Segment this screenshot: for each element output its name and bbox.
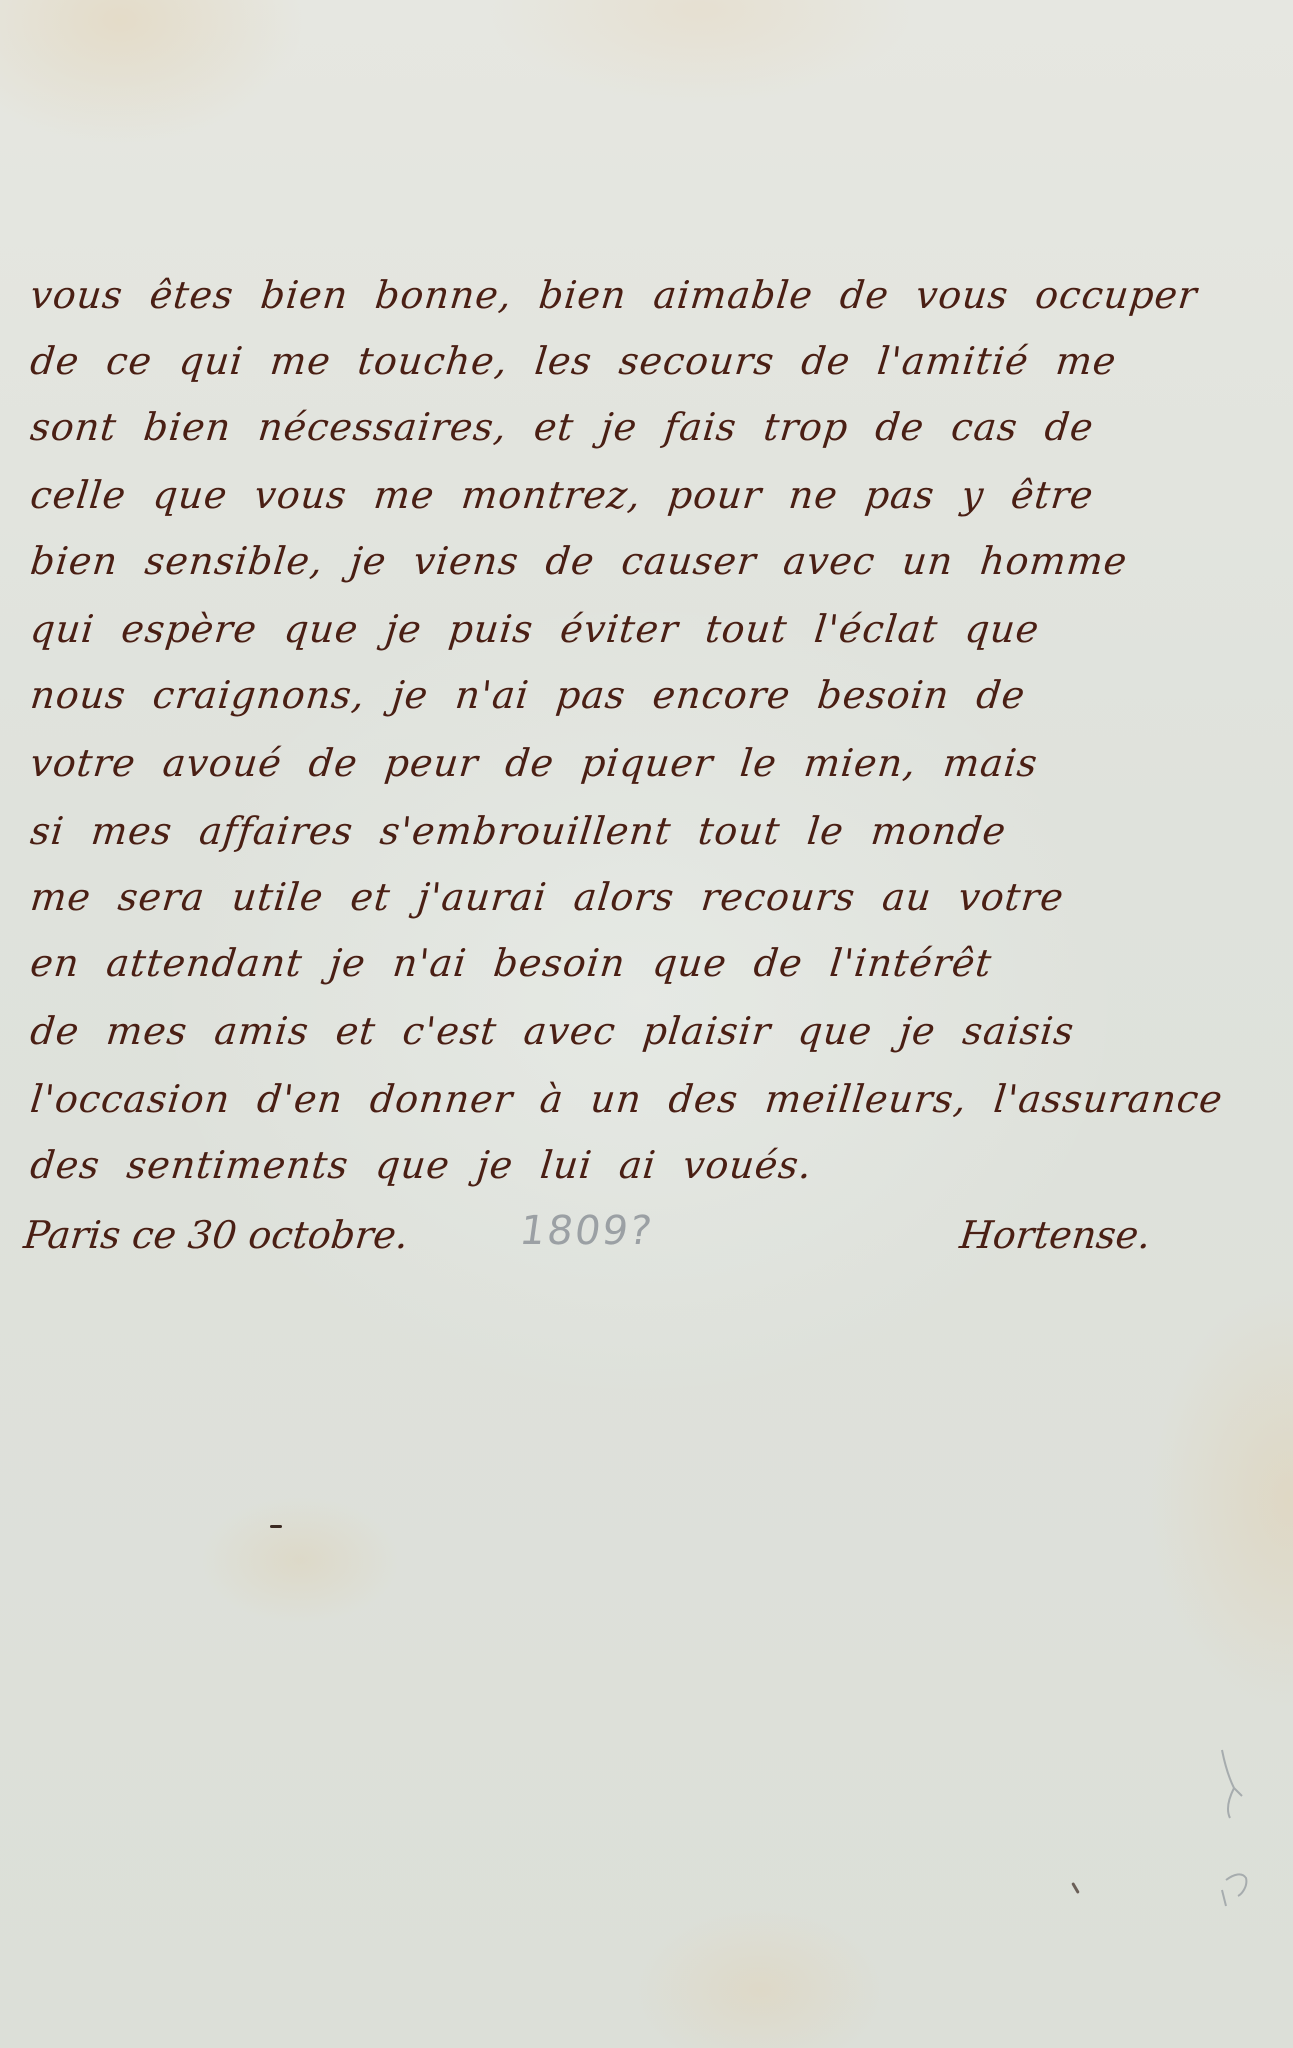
letter-line-2: de ce qui me touche, les secours de l'am… (28, 336, 1119, 386)
letter-line-5: bien sensible, je viens de causer avec u… (28, 536, 1130, 586)
letter-line-14: des sentiments que je lui ai voués. (28, 1140, 815, 1190)
letter-line-13: l'occasion d'en donner à un des meilleur… (28, 1074, 1225, 1124)
ink-speck (270, 1525, 282, 1528)
letter-line-12: de mes amis et c'est avec plaisir que je… (28, 1006, 1077, 1056)
letter-line-10: me sera utile et j'aurai alors recours a… (28, 872, 1067, 922)
letter-line-7: nous craignons, je n'ai pas encore besoi… (28, 670, 1028, 720)
letter-line-11: en attendant je n'ai besoin que de l'int… (28, 938, 994, 988)
letter-line-9: si mes affaires s'embrouillent tout le m… (28, 806, 1009, 856)
letter-line-4: celle que vous me montrez, pour ne pas y… (28, 470, 1096, 520)
ink-speck (1071, 1882, 1080, 1894)
letter-line-3: sont bien nécessaires, et je fais trop d… (28, 402, 1096, 452)
dateline: Paris ce 30 octobre. (21, 1210, 410, 1260)
letter-line-6: qui espère que je puis éviter tout l'écl… (28, 604, 1042, 654)
letter-line-8: votre avoué de peur de piquer le mien, m… (28, 738, 1040, 788)
signature: Hortense. (957, 1210, 1153, 1260)
pencil-date-annotation: 1809? (517, 1208, 656, 1254)
letter-page: vous êtes bien bonne, bien aimable de vo… (0, 0, 1293, 2048)
pencil-scribble-marks (1130, 1740, 1270, 1940)
letter-line-1: vous êtes bien bonne, bien aimable de vo… (28, 270, 1200, 320)
